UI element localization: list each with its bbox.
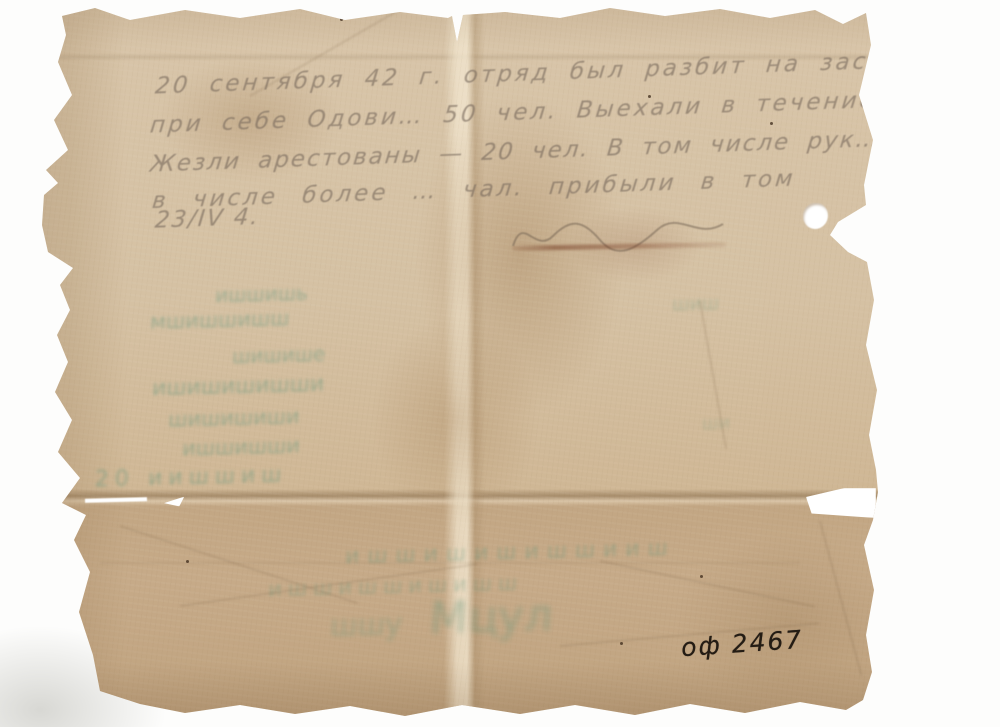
ink-speck: [186, 560, 189, 563]
signature-scribble: [505, 206, 735, 261]
paper-sheet: 20 сентября 42 г. отряд был разбит на за…: [0, 0, 1000, 727]
ghost-text-line: мшишшишш: [148, 306, 290, 334]
ghost-text-line: ши: [701, 413, 732, 435]
ink-speck: [620, 642, 623, 645]
ghost-text-line: шишише: [230, 342, 326, 368]
handwritten-line: 23/IV 4.: [154, 204, 261, 234]
ghost-text-line: шишишиши: [166, 404, 301, 431]
ghost-text-line: Мцул: [427, 590, 556, 644]
ink-speck: [700, 575, 703, 578]
ghost-text-line: ишшишь: [213, 281, 309, 307]
ghost-text-line: 20 иишшиш: [93, 463, 288, 493]
ghost-text-line: ишишишишши: [150, 372, 325, 401]
ink-speck: [340, 18, 343, 21]
scanned-document-image: 20 сентября 42 г. отряд был разбит на за…: [0, 0, 1000, 727]
ghost-text-line: ишшишши: [180, 433, 301, 460]
ghost-text-line: шиш: [671, 292, 721, 315]
ink-speck: [770, 122, 773, 125]
ghost-text-line: шшу: [328, 607, 405, 644]
